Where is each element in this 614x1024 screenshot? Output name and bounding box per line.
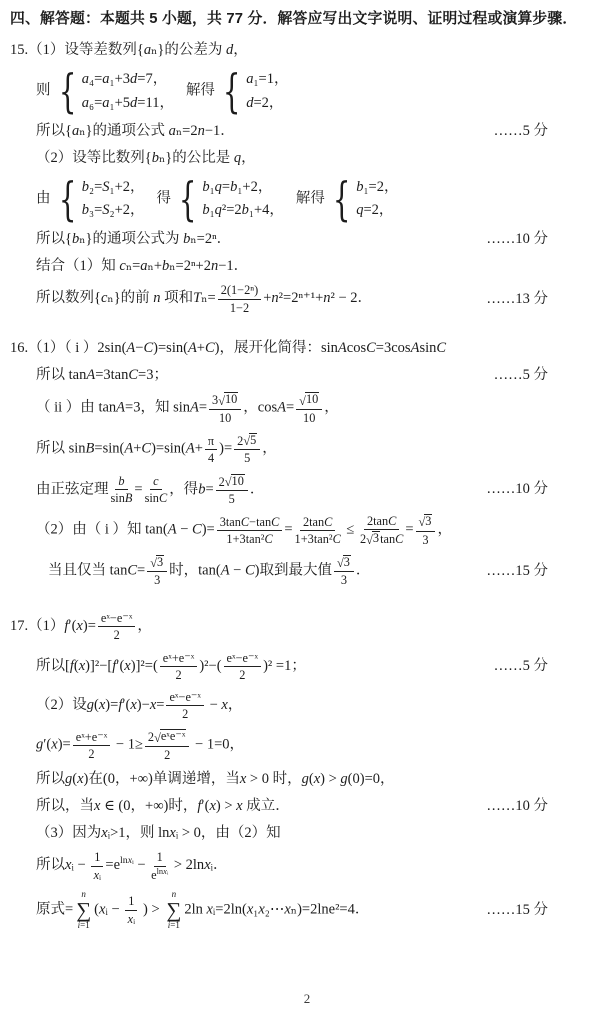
superscript: lnxᵢ [157, 866, 169, 875]
radicand: 10 [231, 474, 245, 489]
text-run: （ ii ）由 [36, 400, 98, 416]
math-run: bₙ [72, 231, 86, 247]
text-run: 成立． [243, 798, 290, 814]
text-run: 由正弦定理 [36, 481, 109, 497]
text-run: ， [233, 42, 248, 58]
formula-line: （3）因为xᵢ>1，则 lnxᵢ > 0，由（2）知 [36, 824, 281, 843]
left-brace-icon: { [333, 176, 351, 222]
math-run: b₂=S₁+2， [82, 179, 145, 195]
math-run: 2sin(A−C)=sin(A+C) [97, 340, 219, 356]
text-run: ，展开化简得： [220, 340, 322, 356]
math-run: xᵢ [128, 912, 135, 926]
math-run: lnxᵢ [157, 866, 169, 875]
math-run: ) > [139, 901, 163, 917]
p17-part2-def: （2）设g(x)=f′(x)−x=eˣ−e⁻ˣ2 − x， [10, 690, 606, 721]
fraction-denominator: 2 [175, 667, 181, 682]
p16-sinB: 所以 sinB=sin(A+C)=sin(A+π4)=2√55， [10, 433, 606, 466]
math-run: q=2， [356, 202, 393, 218]
text-run: ； [153, 367, 168, 383]
text-run: 所以{ [36, 123, 72, 139]
text-run: }的公比是 [165, 150, 234, 166]
text-run: 所以数列{ [36, 290, 101, 306]
fraction-numerator: eˣ+e⁻ˣ [160, 651, 198, 667]
math-run: π [208, 434, 214, 448]
text-run: ， [243, 400, 258, 416]
p17-part3-intro: （3）因为xᵢ>1，则 lnxᵢ > 0，由（2）知 [10, 824, 606, 843]
math-run: g(x) [65, 771, 88, 787]
p17-monotonic: 所以g(x)在(0，+∞)单调递增，当x > 0 时，g(x) > g(0)=0… [10, 770, 606, 789]
fraction: 3√1010 [209, 392, 241, 425]
section-header: 四、解答题：本题共 5 小题，共 77 分．解答应写出文字说明、证明过程或演算步… [10, 10, 606, 29]
score-marker: ……15 分 [486, 562, 606, 581]
page-number: 2 [0, 991, 614, 1008]
text-run: 原式= [36, 901, 73, 917]
fraction-numerator: 2√5 [234, 433, 260, 450]
fraction-denominator: 10 [303, 410, 315, 425]
formula-line: 则{a₄=a₁+3d=7，a₆=a₁+5d=11，解得{a₁=1，d=2， [36, 68, 300, 114]
fraction-denominator: 2 [114, 627, 120, 642]
math-run: eˣ−e⁻ˣ [227, 651, 259, 665]
fraction-denominator: 1+3tan²C [226, 531, 272, 546]
p15-part1-general-term: 所以{aₙ}的通项公式 aₙ=2n−1．……5 分 [10, 122, 606, 141]
text-run: ， [437, 522, 452, 538]
math-run: 3 [341, 573, 347, 587]
text-run: 所以 [36, 367, 69, 383]
math-run: 2 [182, 707, 188, 721]
math-run: f′(x) > x [197, 798, 242, 814]
fraction: eˣ+e⁻ˣ2 [160, 651, 198, 682]
text-run: ． [355, 901, 370, 917]
text-run: 所以 [36, 857, 65, 873]
math-run: 5 [244, 451, 250, 465]
text-run: ，由（2）知 [201, 825, 281, 841]
math-run: x ∈ (0，+∞) [94, 798, 168, 814]
equation-system: {b₂=S₁+2，b₃=S₂+2， [53, 176, 145, 222]
text-run: （2）由（ i ）知 [36, 522, 145, 538]
fraction: 2√105 [216, 474, 248, 507]
formula-line: 所以 sinB=sin(A+C)=sin(A+π4)=2√55， [36, 433, 277, 466]
fraction-numerator: 2tanC [364, 514, 399, 530]
fraction-denominator: 2 [164, 747, 170, 762]
system-rows: a₄=a₁+3d=7，a₆=a₁+5d=11， [82, 70, 174, 111]
fraction-numerator: c [150, 474, 161, 490]
fraction-numerator: 1 [125, 894, 137, 910]
math-run: aₙ [144, 42, 158, 58]
p15-part1-system: 则{a₄=a₁+3d=7，a₆=a₁+5d=11，解得{a₁=1，d=2， [10, 68, 606, 114]
formula-line: 结合（1）知 cₙ=aₙ+bₙ=2ⁿ+2n−1． [36, 257, 248, 276]
math-run: tan(A − C) [198, 562, 259, 578]
score-marker: ……10 分 [486, 480, 606, 499]
math-run: 3 [154, 573, 160, 587]
fraction-numerator: eˣ−e⁻ˣ [98, 611, 136, 627]
math-run: − 1≥ [112, 737, 143, 753]
text-run: 由 [36, 190, 51, 206]
fraction: 1xᵢ [91, 850, 103, 881]
math-run: cₙ=aₙ+bₙ=2ⁿ+2n−1 [119, 258, 233, 274]
math-run: bₙ [152, 150, 166, 166]
system-row: a₁=1， [246, 70, 288, 88]
radicand: 5 [249, 433, 257, 448]
math-run: eˣ+e⁻ˣ [76, 730, 108, 744]
math-run: )= [219, 441, 232, 457]
math-run: lnxᵢ [120, 856, 134, 867]
fraction-numerator: eˣ+e⁻ˣ [73, 730, 111, 746]
p17-conclusion2: 所以，当x ∈ (0，+∞)时，f′(x) > x 成立．……10 分 [10, 797, 606, 816]
math-run: 2ln xᵢ=2ln(x₁x₂⋯xₙ)=2lne²=4 [184, 901, 355, 917]
formula-line: g′(x)=eˣ+e⁻ˣ2 − 1≥2√eˣe⁻ˣ2 − 1=0， [36, 729, 244, 762]
sqrt-expression: √3 [337, 555, 351, 570]
fraction: 2√eˣe⁻ˣ2 [145, 729, 189, 762]
fraction: 2tanC2√3tanC [360, 514, 403, 547]
fraction: 2tanC1+3tan²C [295, 515, 341, 546]
math-run: xᵢ>1 [101, 825, 125, 841]
math-run: b₁q²=2b₁+4， [202, 202, 284, 218]
text-run: 所以 [36, 441, 69, 457]
fraction: 3tanC−tanC1+3tan²C [217, 515, 283, 546]
math-run: )² =1 [263, 658, 291, 674]
fraction: 2(1−2ⁿ)1−2 [218, 283, 262, 314]
sum-lower-limit: i=1 [168, 921, 180, 931]
system-rows: b₂=S₁+2，b₃=S₂+2， [82, 178, 145, 219]
p17-final: 原式=n∑i=1(xᵢ − 1xᵢ ) > n∑i=12ln xᵢ=2ln(x₁… [10, 890, 606, 931]
fraction: √1010 [296, 392, 322, 425]
text-run: 在 [88, 771, 103, 787]
equation-system: {b₁q=b₁+2，b₁q²=2b₁+4， [173, 176, 284, 222]
math-run: cₙ [101, 290, 114, 306]
left-brace-icon: { [223, 68, 241, 114]
math-run: > 2lnxᵢ [170, 857, 213, 873]
formula-line: （2）由（ i ）知 tan(A − C)=3tanC−tanC1+3tan²C… [36, 514, 452, 547]
text-run: ． [358, 290, 373, 306]
math-run: 5 [229, 492, 235, 506]
fraction-denominator: 1−2 [230, 300, 249, 315]
system-row: a₄=a₁+3d=7， [82, 70, 174, 88]
math-run: xᵢ − [65, 857, 89, 873]
math-run: aₙ=2n−1 [169, 123, 221, 139]
fraction-numerator: π [205, 434, 217, 450]
math-run: aₙ [72, 123, 86, 139]
math-run: 1−2 [230, 301, 249, 315]
math-run: g(x) > g(0)=0 [302, 771, 380, 787]
fraction-denominator: sinC [145, 490, 168, 505]
p17-identity: 所以[f(x)]²−[f′(x)]²=(eˣ+e⁻ˣ2)²−(eˣ−e⁻ˣ2)²… [10, 651, 606, 682]
text-run: ． [217, 231, 232, 247]
score-marker: ……10 分 [486, 797, 606, 816]
math-run: 1 [128, 894, 134, 908]
formula-line: 由{b₂=S₁+2，b₃=S₂+2，得{b₁q=b₁+2，b₁q²=2b₁+4，… [36, 176, 410, 222]
math-run: 3 [344, 555, 350, 569]
formula-line: 15.（1）设等差数列{aₙ}的公差为 d， [10, 41, 248, 60]
text-run: ， [241, 150, 256, 166]
math-run: (0，+∞) [103, 771, 153, 787]
p15-part2-system: 由{b₂=S₁+2，b₃=S₂+2，得{b₁q=b₁+2，b₁q²=2b₁+4，… [10, 176, 606, 222]
text-run: 结合（1）知 [36, 258, 119, 274]
math-run: [f(x)]²−[f′(x)]²=( [65, 658, 158, 674]
text-run: 15.（1）设等差数列{ [10, 42, 144, 58]
text-run: ． [234, 258, 249, 274]
fraction-numerator: 1 [91, 850, 103, 866]
fraction-denominator: 10 [219, 410, 231, 425]
math-run: − x [206, 697, 228, 713]
sqrt-expression: √eˣe⁻ˣ [154, 729, 186, 744]
math-run: b₃=S₂+2， [82, 202, 145, 218]
system-row: q=2， [356, 201, 398, 219]
math-run: x > 0 [240, 771, 269, 787]
math-run: = [284, 522, 292, 538]
text-run: 得 [157, 190, 172, 206]
text-run: }的通项公式 [86, 123, 169, 139]
sqrt-expression: √3 [419, 514, 433, 529]
formula-line: 所以[f(x)]²−[f′(x)]²=(eˣ+e⁻ˣ2)²−(eˣ−e⁻ˣ2)²… [36, 651, 306, 682]
fraction-numerator: √3 [416, 514, 436, 531]
formula-line: 当且仅当 tanC=√33时，tan(A − C)取到最大值√33． [48, 555, 370, 588]
math-run: − 1=0 [191, 737, 229, 753]
formula-line: 原式=n∑i=1(xᵢ − 1xᵢ ) > n∑i=12ln xᵢ=2ln(x₁… [36, 890, 369, 931]
fraction-denominator: 2 [182, 706, 188, 721]
text-run: ， [228, 697, 243, 713]
math-run: a₁=1， [246, 71, 288, 87]
score-marker: ……13 分 [486, 290, 606, 309]
math-run: tanC= [110, 562, 146, 578]
exam-answer-page: 四、解答题：本题共 5 小题，共 77 分．解答应写出文字说明、证明过程或演算步… [0, 0, 614, 1024]
formula-line: 所以xᵢ − 1xᵢ=elnxᵢ − 1elnxᵢ > 2lnxᵢ． [36, 850, 228, 881]
math-run: +n²=2ⁿ⁺¹+n² − 2 [263, 290, 357, 306]
text-run: 16.（1）（ i ） [10, 340, 97, 356]
math-run: 10 [219, 411, 231, 425]
equation-system: {a₄=a₁+3d=7，a₆=a₁+5d=11， [53, 68, 174, 114]
p17-gprime: g′(x)=eˣ+e⁻ˣ2 − 1≥2√eˣe⁻ˣ2 − 1=0， [10, 729, 606, 762]
fraction-numerator: 3√10 [209, 392, 241, 409]
p15-combine: 结合（1）知 cₙ=aₙ+bₙ=2ⁿ+2n−1． [10, 257, 606, 276]
math-run: b₁=2， [356, 179, 398, 195]
formula-line: （2）设等比数列{bₙ}的公比是 q， [36, 149, 256, 168]
fraction-denominator: 1+3tan²C [295, 531, 341, 546]
math-run: 2tanC [303, 515, 332, 529]
formula-line: （2）设g(x)=f′(x)−x=eˣ−e⁻ˣ2 − x， [36, 690, 242, 721]
p16-part2: （2）由（ i ）知 tan(A − C)=3tanC−tanC1+3tan²C… [10, 514, 606, 547]
math-run: eˣe⁻ˣ [161, 729, 186, 743]
formula-line: （ ii ）由 tanA=3，知 sinA=3√1010，cosA=√1010， [36, 392, 339, 425]
p16-tanA: 所以 tanA=3tanC=3；……5 分 [10, 366, 606, 385]
math-run: 3 [425, 514, 431, 528]
left-brace-icon: { [58, 68, 76, 114]
equation-system: {b₁=2，q=2， [327, 176, 399, 222]
text-run: 所以{ [36, 231, 72, 247]
math-run: = [405, 522, 413, 538]
radicand: 10 [305, 392, 319, 407]
math-run: 2tanC [367, 514, 396, 528]
math-run: − [134, 857, 149, 873]
text-run: 时， [169, 562, 198, 578]
fraction-numerator: √3 [334, 555, 354, 572]
left-brace-icon: { [179, 176, 197, 222]
text-run: }的前 [114, 290, 154, 306]
math-run: eˣ−e⁻ˣ [101, 611, 133, 625]
fraction: √33 [416, 514, 436, 547]
formula-line: 所以，当x ∈ (0，+∞)时，f′(x) > x 成立． [36, 797, 290, 816]
math-run: ≤ [343, 522, 358, 538]
summation: n∑i=1 [76, 890, 91, 931]
radicand: 3 [156, 555, 164, 570]
sigma-icon: ∑ [76, 900, 91, 921]
p15-part2-intro: （2）设等比数列{bₙ}的公比是 q， [10, 149, 606, 168]
fraction-denominator: 2√3tanC [360, 530, 403, 546]
text-run: ． [213, 857, 228, 873]
sqrt-expression: √5 [243, 433, 257, 448]
text-run: 当且仅当 [48, 562, 110, 578]
math-run: 2 [175, 668, 181, 682]
math-run: eˣ+e⁻ˣ [163, 651, 195, 665]
text-run: }的通项公式为 [86, 231, 184, 247]
radicand: eˣe⁻ˣ [160, 729, 187, 744]
math-run: eˣ−e⁻ˣ [169, 690, 201, 704]
text-run: 17.（1） [10, 618, 64, 634]
p17-part3-ineq: 所以xᵢ − 1xᵢ=elnxᵢ − 1elnxᵢ > 2lnxᵢ． [10, 850, 606, 881]
math-run: g(x)=f′(x)−x= [87, 697, 165, 713]
system-row: b₁q²=2b₁+4， [202, 201, 284, 219]
formula-line: 所以{bₙ}的通项公式为 bₙ=2ⁿ． [36, 230, 231, 249]
solutions-content: 15.（1）设等差数列{aₙ}的公差为 d，则{a₄=a₁+3d=7，a₆=a₁… [10, 41, 606, 930]
math-run: a₆=a₁+5d=11， [82, 95, 174, 111]
fraction: π4 [205, 434, 217, 465]
text-run: ， [324, 400, 339, 416]
math-run: b [118, 474, 124, 488]
text-run: ． [356, 562, 371, 578]
fraction: bsinB [111, 474, 133, 505]
fraction-denominator: 5 [229, 491, 235, 506]
math-run: n [153, 290, 160, 306]
sum-lower-limit: i=1 [78, 921, 90, 931]
math-run: 1+3tan²C [295, 532, 341, 546]
math-run: 3 [422, 533, 428, 547]
math-run: 2 [164, 748, 170, 762]
system-rows: a₁=1，d=2， [246, 70, 288, 111]
text-run: 解得 [296, 190, 325, 206]
math-run: sinB=sin(A+C)=sin(A+ [69, 441, 203, 457]
fraction-denominator: 5 [244, 450, 250, 465]
fraction-denominator: 2 [88, 746, 94, 761]
math-run: sinB [111, 491, 133, 505]
fraction-numerator: √3 [147, 555, 167, 572]
text-run: }的公差为 [157, 42, 226, 58]
fraction: 1xᵢ [125, 894, 137, 925]
fraction: √33 [147, 555, 167, 588]
math-run: 3 [157, 555, 163, 569]
formula-line: 17.（1）f′(x)=eˣ−e⁻ˣ2， [10, 611, 152, 642]
sqrt-expression: √10 [225, 474, 245, 489]
math-run: tanC [380, 533, 403, 547]
formula-line: 所以{aₙ}的通项公式 aₙ=2n−1． [36, 122, 235, 141]
text-run: ； [291, 658, 306, 674]
fraction: eˣ−e⁻ˣ2 [224, 651, 262, 682]
score-marker: ……5 分 [494, 366, 606, 385]
p16-part1-ii: （ ii ）由 tanA=3，知 sinA=3√1010，cosA=√1010， [10, 392, 606, 425]
radicand: 3 [372, 531, 380, 546]
fraction-numerator: eˣ−e⁻ˣ [166, 690, 204, 706]
text-run: 所以 [36, 658, 65, 674]
text-run: 取到最大值 [260, 562, 333, 578]
math-run: =e [105, 857, 120, 873]
math-run: (xᵢ − [94, 901, 123, 917]
fraction-numerator: 3tanC−tanC [217, 515, 283, 531]
radicand: 3 [424, 514, 432, 529]
radicand: 3 [343, 555, 351, 570]
formula-line: 16.（1）（ i ）2sin(A−C)=sin(A+C)，展开化简得：sinA… [10, 339, 446, 358]
math-run: tan(A − C)= [145, 522, 215, 538]
text-run: 所以，当 [36, 798, 94, 814]
math-run: d=2， [246, 95, 283, 111]
p15-part1-intro: 15.（1）设等差数列{aₙ}的公差为 d， [10, 41, 606, 60]
math-run: 10 [303, 411, 315, 425]
math-run: lnxᵢ > 0 [158, 825, 201, 841]
math-run: 2 [239, 668, 245, 682]
fraction: eˣ−e⁻ˣ2 [98, 611, 136, 642]
text-run: ， [137, 618, 152, 634]
score-marker: ……10 分 [486, 230, 606, 249]
math-run: 5 [250, 433, 256, 447]
fraction-denominator: xᵢ [94, 867, 101, 882]
system-row: b₁=2， [356, 178, 398, 196]
text-run: ， [380, 771, 395, 787]
math-run: tanA=3tanC=3 [69, 367, 154, 383]
math-run: sinC [145, 491, 168, 505]
score-marker: ……15 分 [486, 901, 606, 920]
math-run: 10 [232, 474, 244, 488]
math-run: bₙ=2ⁿ [183, 231, 217, 247]
math-run: 2(1−2ⁿ) [221, 283, 259, 297]
sigma-icon: ∑ [166, 900, 181, 921]
radicand: 10 [224, 392, 238, 407]
sqrt-expression: √10 [218, 392, 238, 407]
score-marker: ……5 分 [494, 122, 606, 141]
fraction-numerator: 2√10 [216, 474, 248, 491]
math-run: sinAcosC=3cosAsinC [321, 340, 446, 356]
math-run: 1+3tan²C [226, 532, 272, 546]
math-run: g′(x)= [36, 737, 71, 753]
text-run: ，得 [169, 481, 198, 497]
system-row: b₂=S₁+2， [82, 178, 145, 196]
math-run: = [134, 481, 142, 497]
text-run: 项和 [161, 290, 194, 306]
system-row: a₆=a₁+5d=11， [82, 94, 174, 112]
text-run: ． [250, 481, 265, 497]
math-run: q [234, 150, 241, 166]
text-run: （2）设等比数列{ [36, 150, 152, 166]
math-run: )²−( [199, 658, 221, 674]
p15-sum-Tn: 所以数列{cₙ}的前 n 项和Tₙ=2(1−2ⁿ)1−2+n²=2ⁿ⁺¹+n² … [10, 283, 606, 314]
math-run: 1 [157, 850, 163, 864]
superscript: lnxᵢ [120, 856, 134, 867]
text-run: 时， [269, 771, 302, 787]
formula-line: 由正弦定理bsinB=csinC，得b=2√105． [36, 474, 264, 507]
score-marker: ……5 分 [494, 657, 606, 676]
formula-line: 所以g(x)在(0，+∞)单调递增，当x > 0 时，g(x) > g(0)=0… [36, 770, 395, 789]
text-run: ，知 [140, 400, 173, 416]
fraction-denominator: elnxᵢ [151, 867, 168, 882]
p16-part1-i: 16.（1）（ i ）2sin(A−C)=sin(A+C)，展开化简得：sinA… [10, 339, 606, 358]
math-run: 1 [94, 850, 100, 864]
math-run: 3 [373, 531, 379, 545]
fraction-numerator: eˣ−e⁻ˣ [224, 651, 262, 667]
math-run: c [153, 474, 158, 488]
fraction-numerator: 1 [154, 850, 166, 866]
text-run: 解得 [186, 82, 215, 98]
system-rows: b₁=2，q=2， [356, 178, 398, 219]
text-run: ． [220, 123, 235, 139]
system-row: b₃=S₂+2， [82, 201, 145, 219]
fraction: 2√55 [234, 433, 260, 466]
fraction-denominator: 3 [341, 572, 347, 587]
